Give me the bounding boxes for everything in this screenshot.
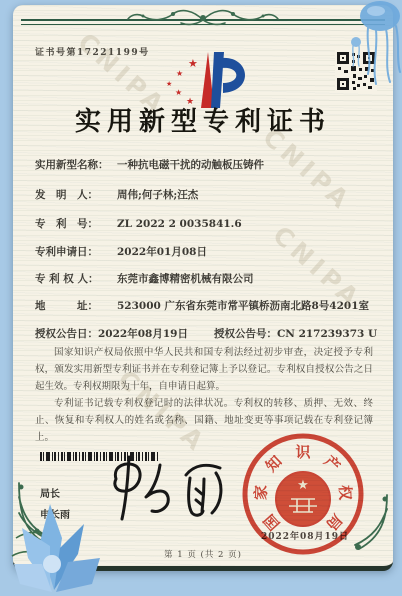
field-address: 地 址：523000 广东省东莞市常平镇桥沥南北路8号4201室 [35, 298, 369, 313]
field-label: 发 明 人： [35, 187, 117, 202]
field-label: 地 址： [35, 298, 117, 313]
field-value: 周伟;何子林;汪杰 [117, 189, 198, 201]
field-patentee: 专 利 权 人：东莞市鑫博精密机械有限公司 [35, 271, 254, 286]
director-signature [98, 453, 233, 528]
certificate-card: CNIPA CNIPA CNIPA CNIPA 证书号第17221199号 ★ … [13, 5, 393, 571]
flower-decoration-icon [6, 498, 108, 596]
field-patent-number: 专 利 号：ZL 2022 2 0035841.6 [35, 216, 242, 231]
field-grant-row: 授权公告日：2022年08月19日授权公告号：CN 217239373 U [35, 326, 377, 341]
patent-certificate-page: { "colors":{"paper":"#f6f2e6","backgroun… [0, 0, 402, 596]
field-label: 实用新型名称： [35, 157, 117, 172]
field-label: 专 利 号： [35, 216, 117, 231]
star-icon: ★ [166, 80, 172, 88]
grant-date-label: 授权公告日： [35, 328, 98, 340]
field-label: 专利申请日： [35, 244, 117, 259]
legal-paragraph-1: 国家知识产权局依照中华人民共和国专利法经过初步审查，决定授予专利权，颁发实用新型… [35, 345, 373, 396]
field-value: ZL 2022 2 0035841.6 [117, 218, 242, 230]
certificate-title: 实用新型专利证书 [13, 101, 393, 138]
seal-char: 家 [252, 485, 271, 501]
certificate-number: 证书号第17221199号 [35, 45, 150, 58]
field-inventors: 发 明 人：周伟;何子林;汪杰 [35, 187, 198, 202]
seal-char: 产 [321, 452, 344, 475]
official-seal: 国 家 知 识 产 权 局 ★ [240, 431, 366, 557]
grant-date-value: 2022年08月19日 [98, 328, 188, 340]
seal-char: 知 [262, 452, 285, 475]
top-ornament [123, 6, 283, 30]
star-icon: ★ [176, 69, 183, 78]
star-icon: ★ [188, 57, 198, 70]
field-value: 523000 广东省东莞市常平镇桥沥南北路8号4201室 [117, 300, 369, 312]
jellyfish-decoration-icon [346, 0, 402, 116]
field-label: 专 利 权 人： [35, 271, 117, 286]
national-emblem: ★ [276, 472, 330, 526]
field-value: 一种抗电磁干扰的动触板压铸件 [117, 159, 264, 171]
seal-char: 识 [295, 443, 311, 461]
star-icon: ★ [175, 88, 182, 97]
field-value: 2022年01月08日 [117, 246, 207, 258]
grant-number-value: CN 217239373 U [277, 328, 377, 340]
grant-number-label: 授权公告号： [214, 328, 277, 340]
field-utility-model-name: 实用新型名称：一种抗电磁干扰的动触板压铸件 [35, 157, 264, 172]
field-application-date: 专利申请日：2022年01月08日 [35, 244, 207, 259]
field-value: 东莞市鑫博精密机械有限公司 [117, 273, 254, 285]
star-icon: ★ [297, 478, 309, 493]
seal-char: 权 [336, 485, 355, 502]
